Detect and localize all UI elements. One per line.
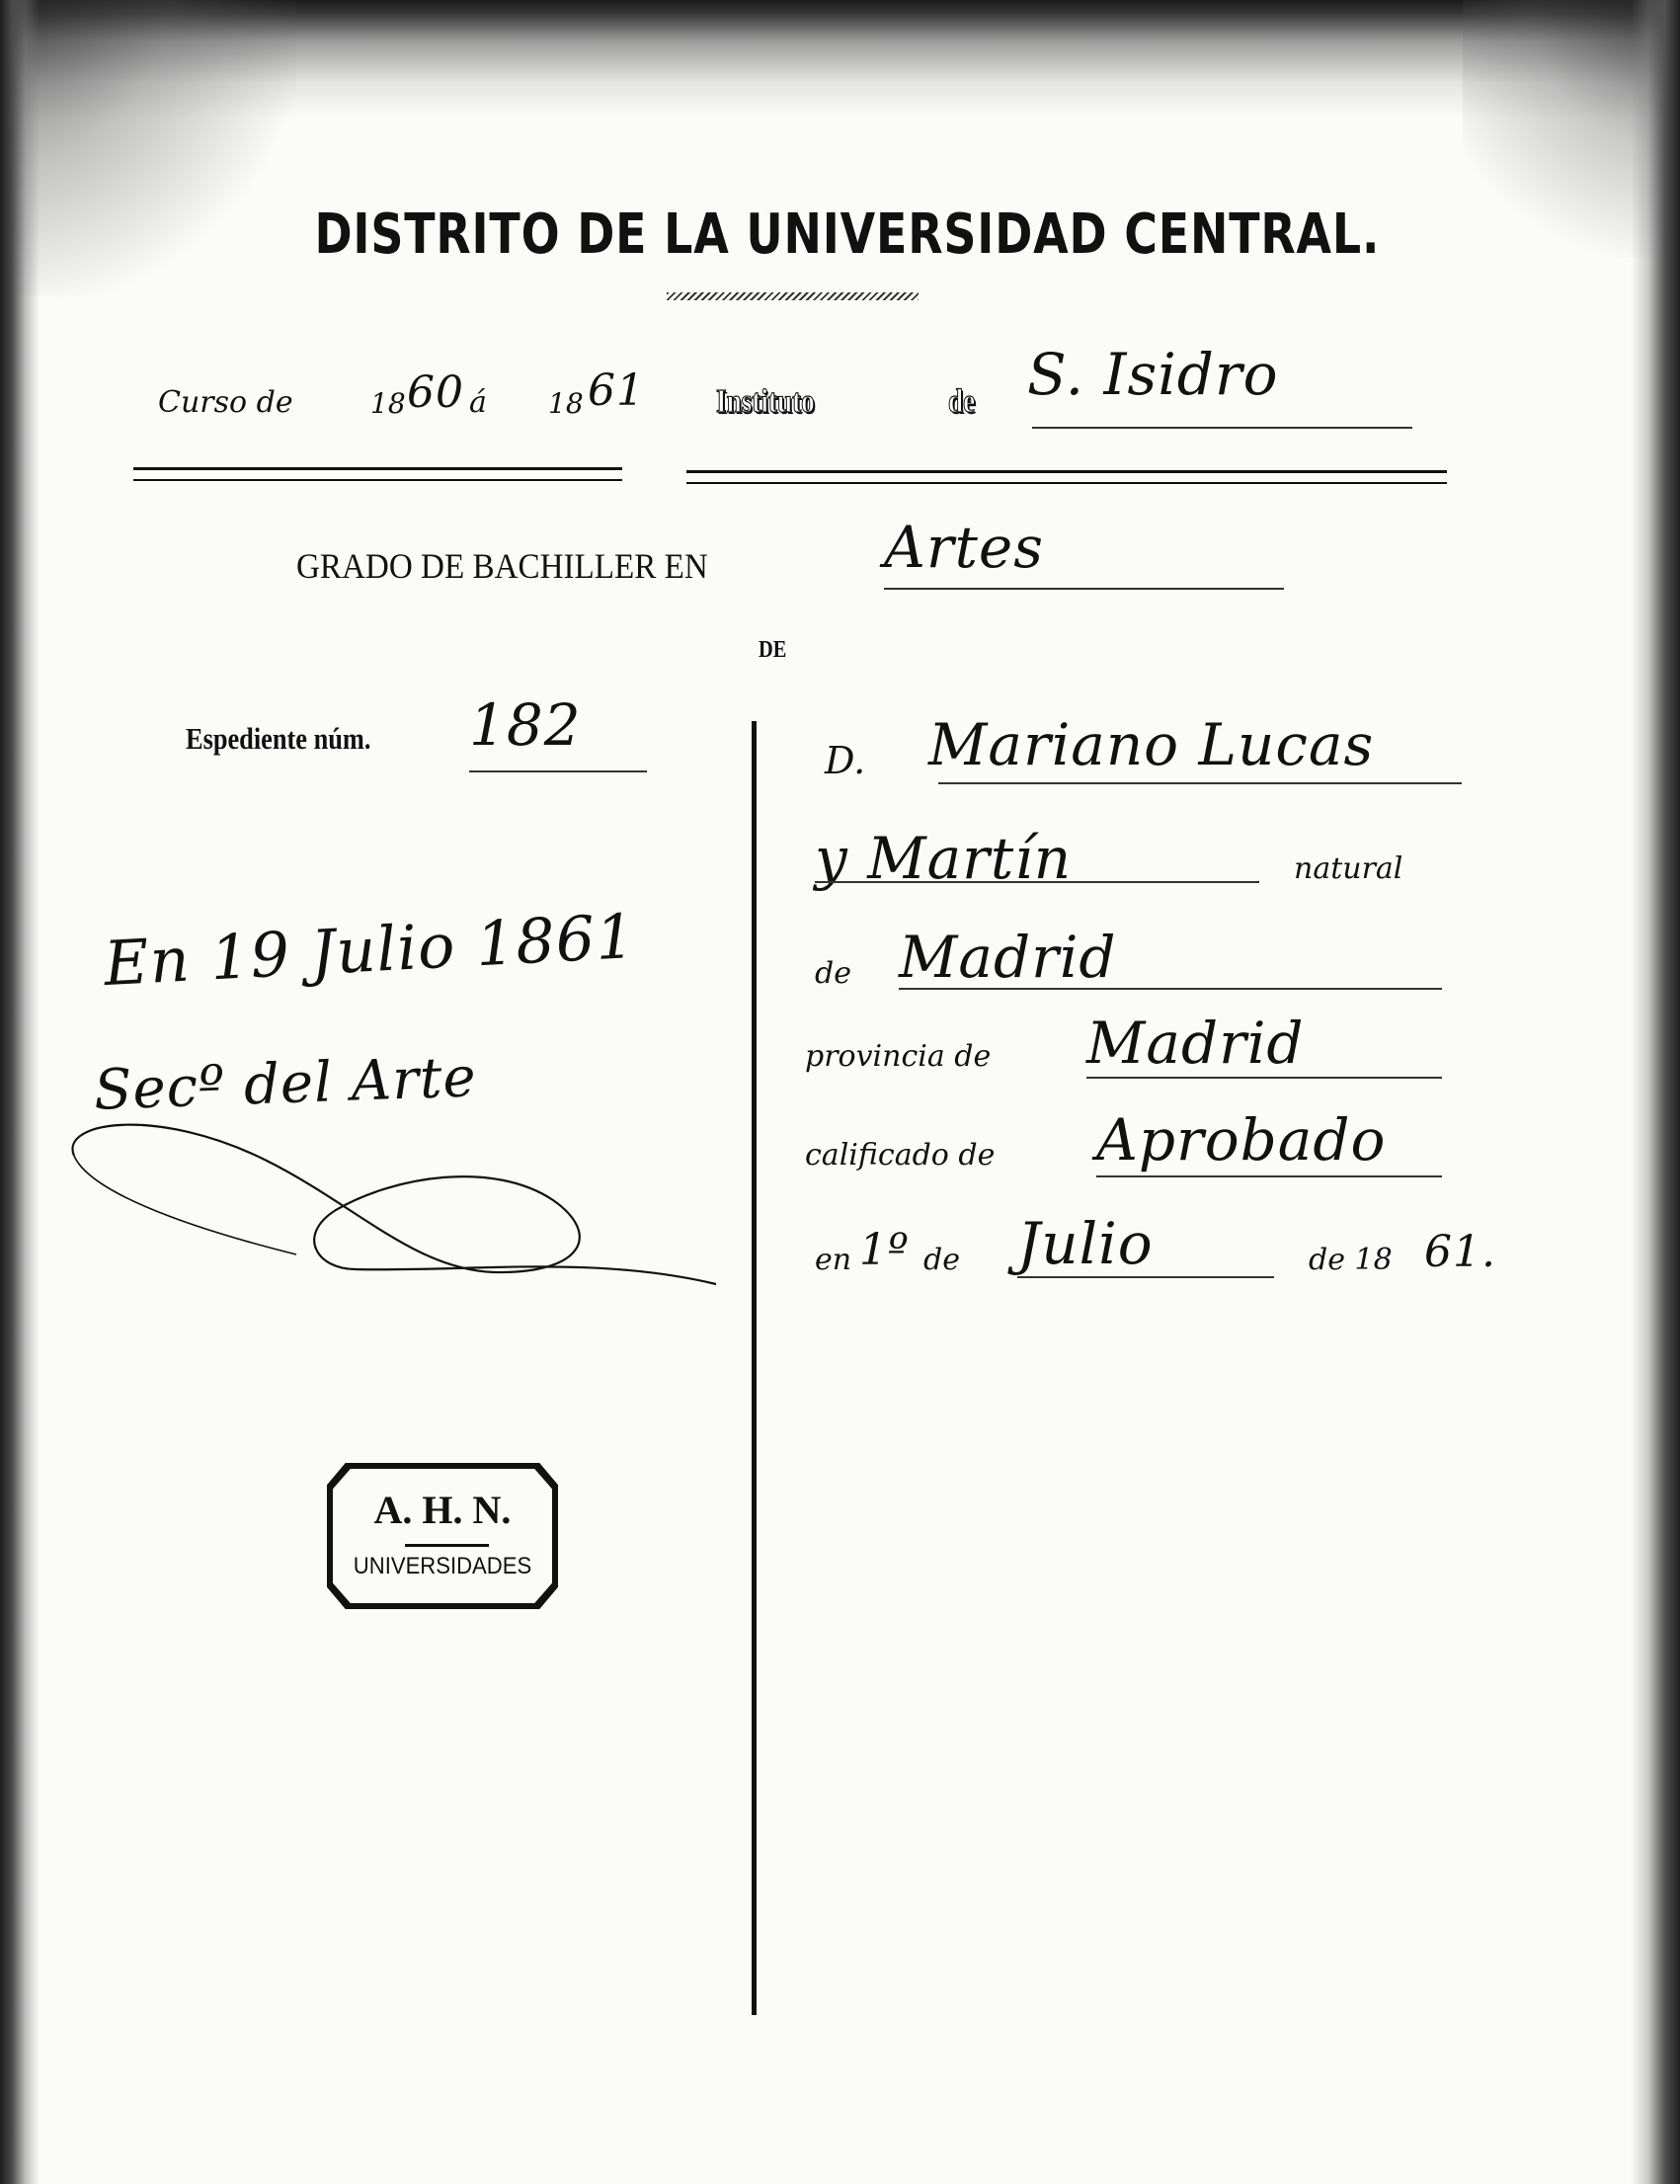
- stamp-divider: [405, 1544, 489, 1547]
- signature-flourish-icon: [0, 0, 1680, 2184]
- document-page: DISTRITO DE LA UNIVERSIDAD CENTRAL. Curs…: [0, 0, 1680, 2184]
- stamp-subtitle: UNIVERSIDADES: [342, 1553, 543, 1580]
- stamp-title: A. H. N.: [333, 1487, 552, 1533]
